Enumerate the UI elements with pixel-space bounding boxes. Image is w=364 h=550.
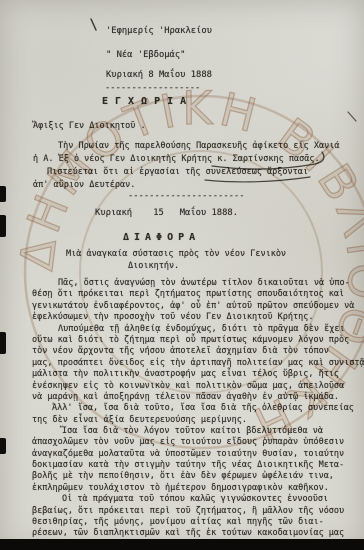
article2-subtitle-line2: Διοικητήν. xyxy=(128,261,179,271)
text-line: ἀναγκαζόμεθα μολαταῦτα νὰ ὑποστῶμεν τοια… xyxy=(32,449,344,459)
text-line: θεσιθηρίας, τῆς μόνης, μονίμου αἰτίας κα… xyxy=(32,517,324,527)
pen-tick-mark xyxy=(91,19,96,30)
text-line: Πᾶς, ὅστις ἀναγνώσῃ τὸν ἀνωτέρω τίτλον δ… xyxy=(58,278,350,288)
text-line: ἀπ' αὔριον Δευτέραν. xyxy=(33,180,135,190)
article2-date: Κυριακή 15 Μαΐου 1888. xyxy=(95,208,238,218)
text-line: οὕτω καὶ διότι τὸ ζήτημα περὶ οὗ πρωτίστ… xyxy=(32,335,349,345)
text-line: Λυπούμεθα τῇ ἀληθείᾳ ἐνδομύχως, διότι τὸ… xyxy=(58,324,345,334)
text-line: της δὲν εἶναι ἀξία δευτερευούσης μερίμνη… xyxy=(32,415,247,425)
text-line: Οἱ τὰ πράγματα τοῦ τόπου καλῶς γιγνώσκον… xyxy=(62,494,328,504)
pencil-underline-annotation xyxy=(205,177,310,182)
text-line: ἐνέσκηψεν εἰς τὸ κοινωνικὸν καὶ πολιτικὸ… xyxy=(32,381,344,391)
text-line: γενικωτάτου ἐνδιαφέροντος, ἀφ' οὗ ἐπ' αὐ… xyxy=(32,301,354,311)
article2-subtitle-line1: Μιὰ ἀναγκαία σύστασις πρὸς τὸν νέον Γενι… xyxy=(66,249,286,259)
text-line: νὰ μαράνῃ καὶ ἀποξηράνῃ τέλειον πᾶσαν ἀγ… xyxy=(32,392,339,402)
scanned-page: ΔΗΜΟΤΙΚΗ ΒΙΒΛΙΟΘΗΚΗ 'Εφημερίς 'Ηρακλείου… xyxy=(0,0,364,550)
text-line: μας, προσάπτει ὄνειδος εἰς τὴν ἀρτιπαγῆ … xyxy=(32,358,364,368)
pen-tick-mark xyxy=(348,112,356,121)
article1-title: Ἄφιξις Γεν Διοικητοῦ . xyxy=(33,121,146,131)
text-line: τὸν νέον ἄρχοντα τῆς νήσου ἀποτελεῖ ἀσχη… xyxy=(32,346,329,356)
text-line: Ἴσα ἴσα διὰ τὸν λόγον τοῦτον καίτοι βδελ… xyxy=(62,426,323,436)
text-line: δοκιμασίαν κατὰ τὴν στιγμὴν ταύτην τῆς ν… xyxy=(32,460,344,470)
text-line: μάλιστα τὴν πολιτικὴν ἀναστροφήν μας εἶν… xyxy=(32,369,339,379)
section-heading-egxoria: ΕΓΧΩΡΙΑ xyxy=(102,97,193,107)
scan-edge-artifact xyxy=(0,332,6,354)
scan-edge-artifact xyxy=(0,186,6,202)
text-line: ἀπασχολῶμεν τὸν νοῦν μας εἰς τοιούτου εἴ… xyxy=(32,437,344,447)
text-line: ρέσεων, τῶν διαπληκτισμῶν καὶ τῆς ἐκ τού… xyxy=(32,528,344,538)
text-line: Τὴν Πρωίαν τῆς παρελθούσης Παρασκευῆς ἀφ… xyxy=(58,141,339,151)
scan-edge-artifact xyxy=(0,438,6,454)
text-line: ἐφελκύσωμεν τὴν προσοχὴν τοῦ νέου Γεν Δι… xyxy=(32,312,313,322)
separator-dashes: ---------------------- xyxy=(128,191,245,201)
text-line: θέσῃ ὅτι πρόκειται περὶ ζητήματος πρωτίσ… xyxy=(32,289,344,299)
text-line: βεβαίως, ὅτι πρόκειται περὶ τοῦ ζητήματο… xyxy=(32,506,344,516)
text-line: Ἀλλ' ἴσα, ἴσα διὰ τοῦτο, ἴσα ἴσα διὰ τῆς… xyxy=(52,403,354,413)
text-line: ἐκπληρῶμεν τουλάχιστον τὸ ἡμέτερον δημοσ… xyxy=(32,483,329,493)
text-line: βολῆς μὲ τὴν πεποίθησιν, ὅτι ἐὰν δὲν φέρ… xyxy=(32,471,334,481)
scan-edge-artifact xyxy=(0,215,6,237)
separator-dashes: ------------------ xyxy=(105,83,200,93)
scan-bottom-bar xyxy=(0,539,364,550)
section-heading-diafora: ΔΙΑΦΟΡΑ xyxy=(123,233,200,243)
text-line: ἡ Α. Ἐξ ὁ νέος Γεν Διοικητὴς Κρήτης κ. Σ… xyxy=(33,154,320,164)
text-line: Πιστεύεται ὅτι αἱ ἐργασίαι τῆς συνελεύσε… xyxy=(47,167,308,177)
masthead-newspaper-name: 'Εφημερίς 'Ηρακλείου xyxy=(106,26,212,36)
masthead-newspaper-title: " Νέα 'Εβδομάς" xyxy=(106,50,185,60)
masthead-date: Κυριακή 8 Μαΐου 1888 xyxy=(106,70,212,80)
